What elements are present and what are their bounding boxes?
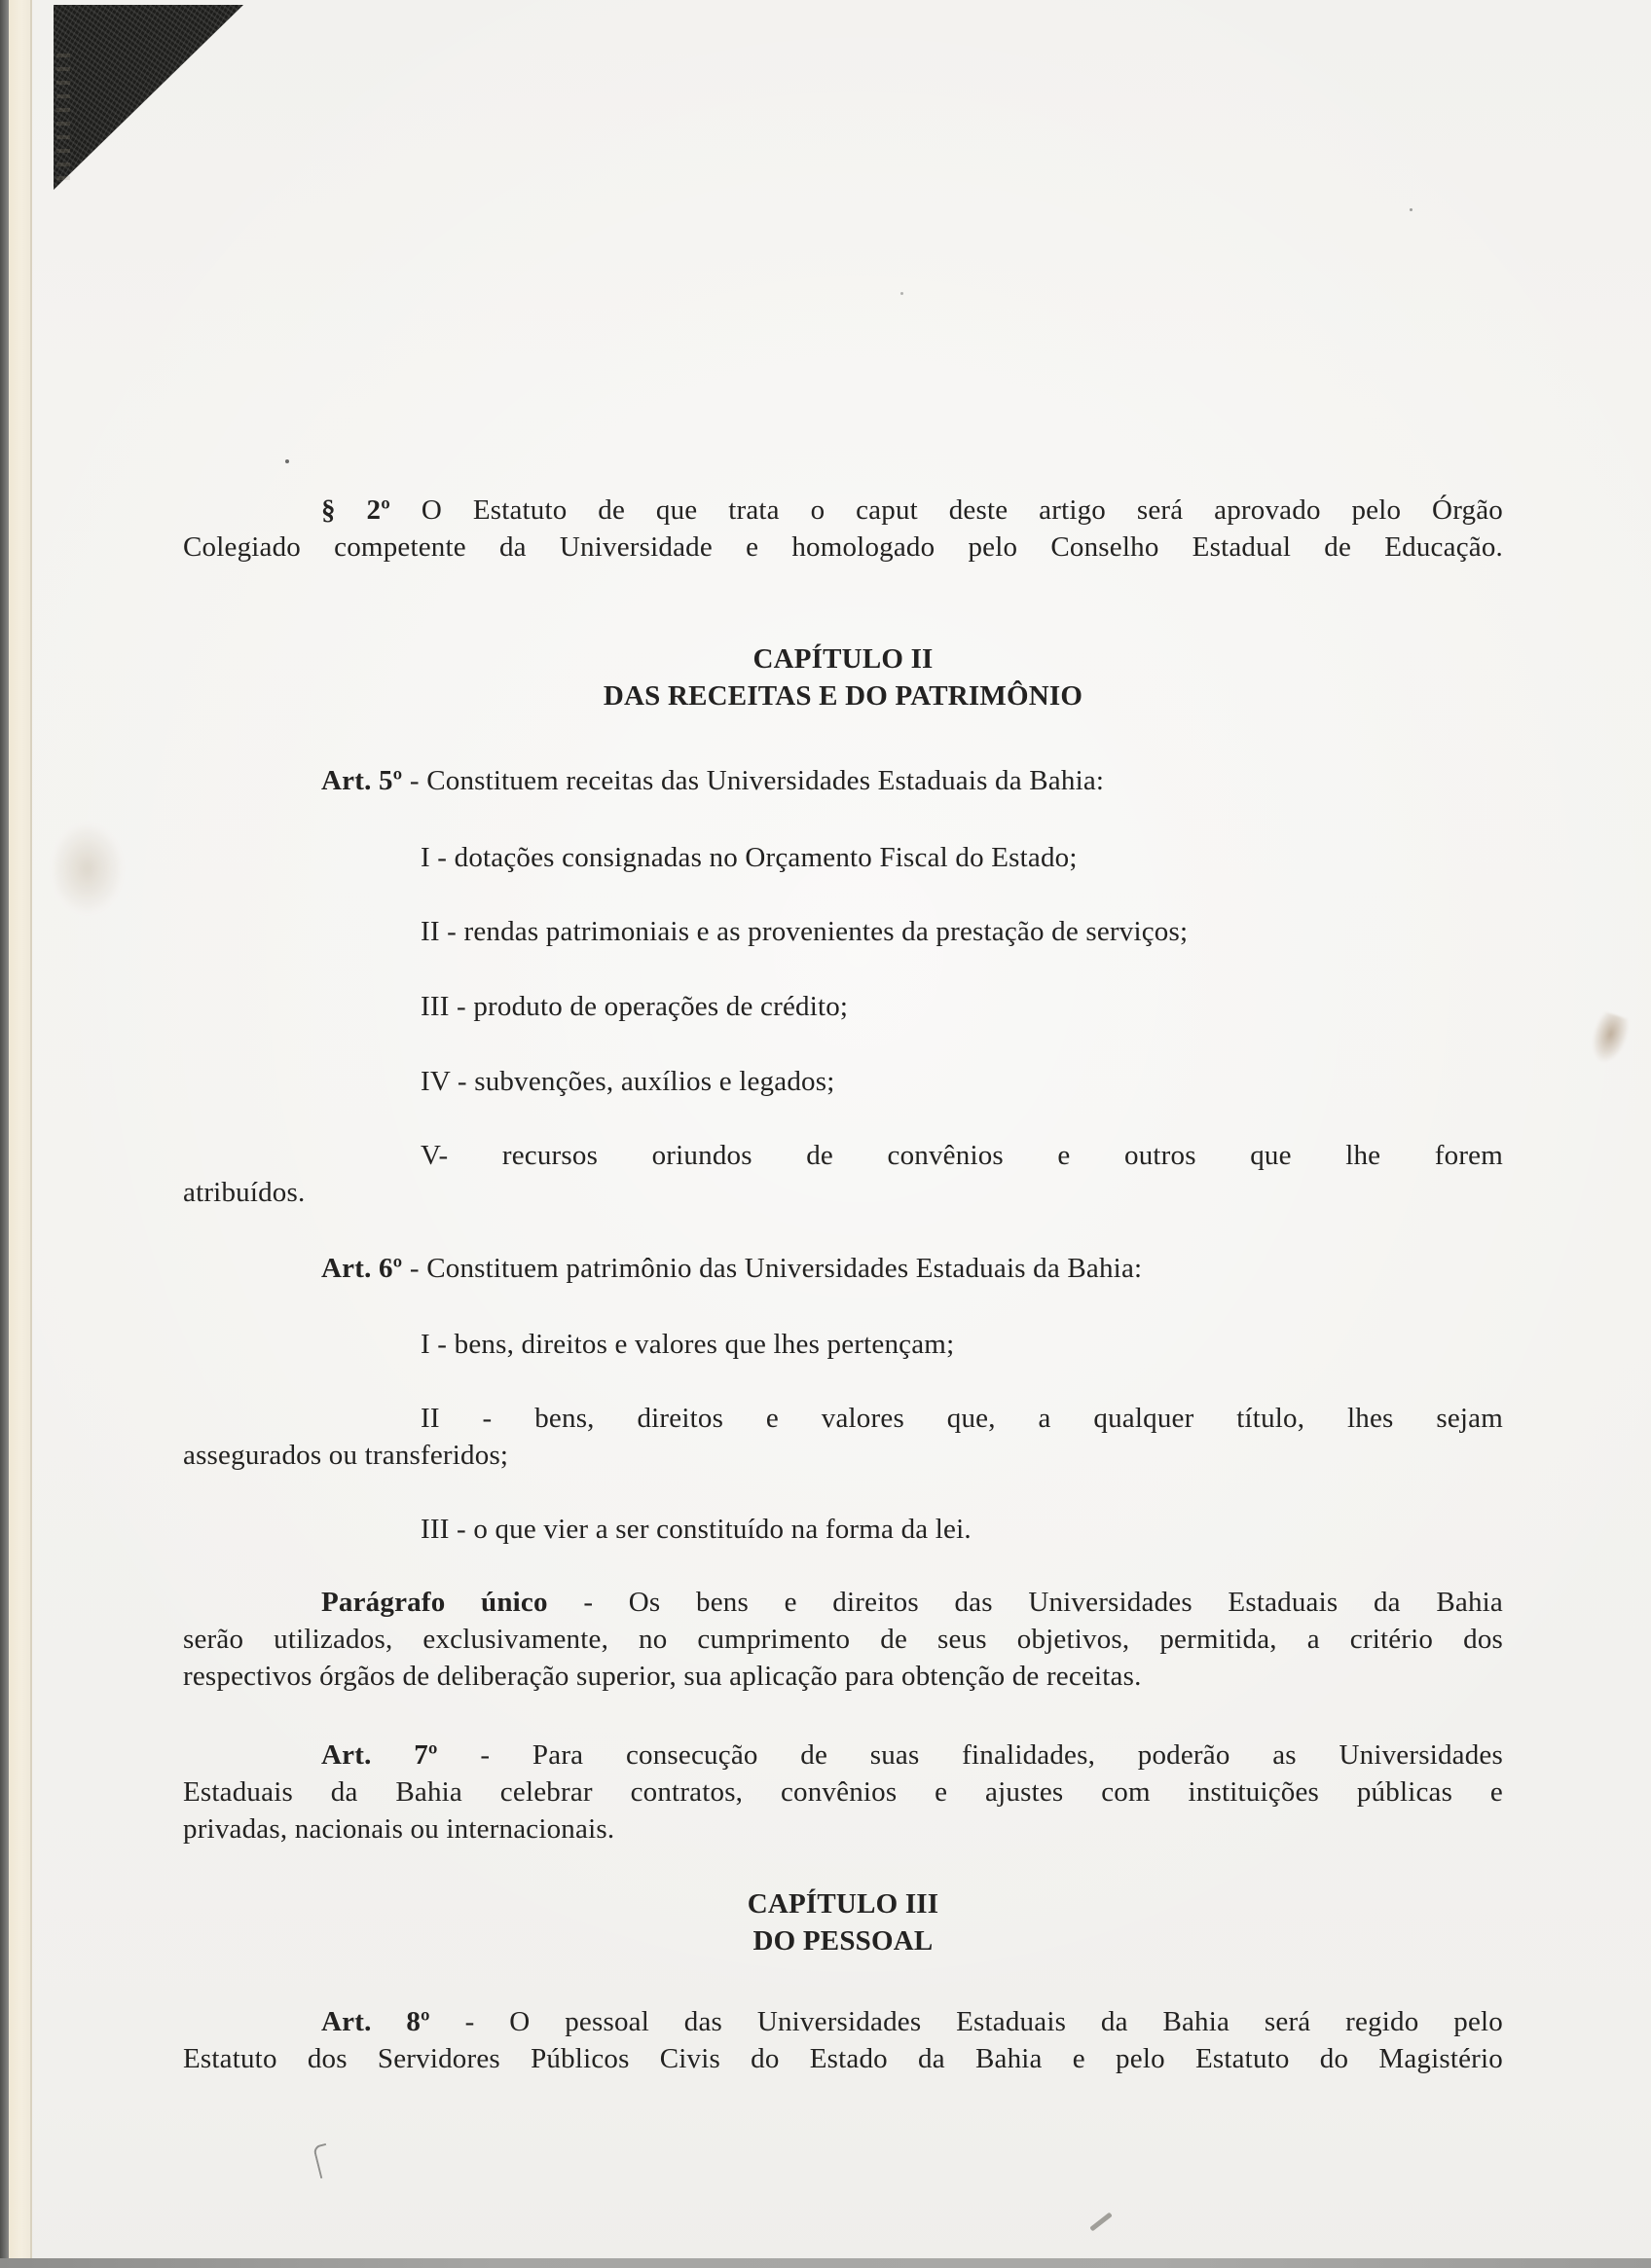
article-5-item-2: II - rendas patrimoniais e as provenient…: [183, 913, 1503, 950]
article-5-caption: Art. 5º - Constituem receitas das Univer…: [183, 762, 1503, 799]
article-7-line-3: privadas, nacionais ou internacionais.: [183, 1811, 1503, 1847]
article-5-item-1: I - dotações consignadas no Orçamento Fi…: [183, 839, 1503, 876]
article-7-line-1: Art. 7º - Para consecução de suas finali…: [183, 1737, 1503, 1774]
scan-bottom-edge-shadow: [0, 2258, 1651, 2268]
article-8-line-1: Art. 8º - O pessoal das Universidades Es…: [183, 2003, 1503, 2040]
paper-stain-right: [1586, 1010, 1633, 1067]
article-7-text: - Para consecução de suas finalidades, p…: [438, 1739, 1503, 1771]
article-8: Art. 8º - O pessoal das Universidades Es…: [183, 2003, 1503, 2077]
chapter-3-heading: CAPÍTULO III DO PESSOAL: [183, 1885, 1503, 1959]
article-5-item-3: III - produto de operações de crédito;: [183, 988, 1503, 1025]
article-8-text: - O pessoal das Universidades Estaduais …: [430, 2006, 1503, 2037]
ink-speck: [1410, 208, 1413, 211]
paragraph-section-2-line-2: Colegiado competente da Universidade e h…: [183, 529, 1503, 566]
article-5-number: Art. 5º: [321, 765, 402, 796]
article-6: Art. 6º - Constituem patrimônio das Univ…: [183, 1250, 1503, 1287]
ink-speck: [285, 459, 289, 463]
article-6-item-1: I - bens, direitos e valores que lhes pe…: [183, 1326, 1503, 1363]
sole-paragraph-line-1: Parágrafo único - Os bens e direitos das…: [183, 1584, 1503, 1621]
article-7-line-2: Estaduais da Bahia celebrar contratos, c…: [183, 1774, 1503, 1811]
article-6-number: Art. 6º: [321, 1253, 402, 1284]
scan-left-edge-shadow: [0, 0, 9, 2268]
article-5: Art. 5º - Constituem receitas das Univer…: [183, 762, 1503, 799]
sole-paragraph-text: - Os bens e direitos das Universidades E…: [548, 1587, 1503, 1618]
paper-stain-left: [51, 823, 124, 915]
chapter-2-heading: CAPÍTULO II DAS RECEITAS E DO PATRIMÔNIO: [183, 640, 1503, 714]
article-6-text: - Constituem patrimônio das Universidade…: [402, 1253, 1142, 1284]
pen-mark: [312, 2143, 334, 2178]
article-8-number: Art. 8º: [321, 2006, 430, 2037]
sole-paragraph-line-3: respectivos órgãos de deliberação superi…: [183, 1658, 1503, 1695]
article-5-item-4: IV - subvenções, auxílios e legados;: [183, 1063, 1503, 1100]
chapter-3-title: CAPÍTULO III: [183, 1885, 1503, 1922]
article-6-item-2-line-1: II - bens, direitos e valores que, a qua…: [183, 1400, 1503, 1437]
scratch-mark: [1089, 2213, 1113, 2232]
article-8-line-2: Estatuto dos Servidores Públicos Civis d…: [183, 2040, 1503, 2077]
paragraph-section-2: § 2º O Estatuto de que trata o caput des…: [183, 492, 1503, 566]
section-2-text: O Estatuto de que trata o caput deste ar…: [390, 494, 1503, 526]
article-5-item-5: V- recursos oriundos de convênios e outr…: [183, 1137, 1503, 1211]
paragraph-section-2-line-1: § 2º O Estatuto de que trata o caput des…: [183, 492, 1503, 529]
article-5-item-5-line-2: atribuídos.: [183, 1174, 1503, 1211]
scanned-document-page: § 2º O Estatuto de que trata o caput des…: [0, 0, 1651, 2268]
article-6-caption: Art. 6º - Constituem patrimônio das Univ…: [183, 1250, 1503, 1287]
chapter-2-title: CAPÍTULO II: [183, 640, 1503, 677]
chapter-3-subtitle: DO PESSOAL: [183, 1922, 1503, 1959]
article-6-item-2-line-2: assegurados ou transferidos;: [183, 1437, 1503, 1474]
spine-marks: [56, 54, 70, 180]
page-left-edge: [9, 0, 32, 2268]
article-7: Art. 7º - Para consecução de suas finali…: [183, 1737, 1503, 1847]
sole-paragraph-label: Parágrafo único: [321, 1587, 548, 1618]
article-6-sole-paragraph: Parágrafo único - Os bens e direitos das…: [183, 1584, 1503, 1695]
chapter-2-subtitle: DAS RECEITAS E DO PATRIMÔNIO: [183, 677, 1503, 714]
article-5-text: - Constituem receitas das Universidades …: [402, 765, 1104, 796]
section-2-symbol: § 2º: [321, 494, 390, 526]
sole-paragraph-line-2: serão utilizados, exclusivamente, no cum…: [183, 1621, 1503, 1658]
article-5-item-5-line-1: V- recursos oriundos de convênios e outr…: [183, 1137, 1503, 1174]
article-6-item-2: II - bens, direitos e valores que, a qua…: [183, 1400, 1503, 1474]
ink-speck: [900, 292, 903, 295]
folded-corner-artifact: [54, 5, 243, 190]
article-6-item-3: III - o que vier a ser constituído na fo…: [183, 1511, 1503, 1548]
article-7-number: Art. 7º: [321, 1739, 438, 1771]
